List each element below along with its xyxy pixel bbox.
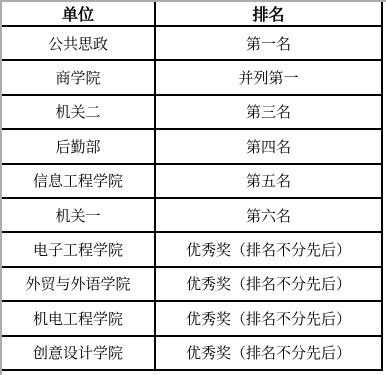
rank-cell: 第四名 (155, 129, 382, 163)
unit-cell: 创意设计学院 (2, 336, 155, 370)
document-page: 单位排名 公共思政第一名商学院并列第一机关二第三名后勤部第四名信息工程学院第五名… (0, 0, 386, 375)
header-row: 单位排名 (2, 2, 382, 26)
unit-cell: 机关二 (2, 95, 155, 129)
table-row: 信息工程学院第五名 (2, 164, 382, 198)
table-body: 公共思政第一名商学院并列第一机关二第三名后勤部第四名信息工程学院第五名机关一第六… (2, 26, 382, 370)
rank-cell: 优秀奖（排名不分先后） (155, 301, 382, 335)
rank-cell: 优秀奖（排名不分先后） (155, 232, 382, 266)
ranking-table: 单位排名 公共思政第一名商学院并列第一机关二第三名后勤部第四名信息工程学院第五名… (2, 2, 383, 371)
ranking-table-container: 单位排名 公共思政第一名商学院并列第一机关二第三名后勤部第四名信息工程学院第五名… (2, 2, 382, 371)
unit-cell: 机电工程学院 (2, 301, 155, 335)
unit-cell: 信息工程学院 (2, 164, 155, 198)
rank-cell: 第一名 (155, 26, 382, 60)
rank-cell: 第三名 (155, 95, 382, 129)
table-row: 商学院并列第一 (2, 60, 382, 94)
table-row: 外贸与外语学院优秀奖（排名不分先后） (2, 267, 382, 301)
unit-cell: 电子工程学院 (2, 232, 155, 266)
unit-header-cell: 单位 (2, 2, 155, 26)
unit-cell: 商学院 (2, 60, 155, 94)
table-row: 机关一第六名 (2, 198, 382, 232)
table-row: 电子工程学院优秀奖（排名不分先后） (2, 232, 382, 266)
unit-cell: 外贸与外语学院 (2, 267, 155, 301)
rank-cell: 并列第一 (155, 60, 382, 94)
table-row: 机电工程学院优秀奖（排名不分先后） (2, 301, 382, 335)
table-row: 创意设计学院优秀奖（排名不分先后） (2, 336, 382, 370)
table-row: 机关二第三名 (2, 95, 382, 129)
unit-cell: 公共思政 (2, 26, 155, 60)
table-row: 公共思政第一名 (2, 26, 382, 60)
unit-cell: 后勤部 (2, 129, 155, 163)
rank-cell: 优秀奖（排名不分先后） (155, 336, 382, 370)
rank-cell: 优秀奖（排名不分先后） (155, 267, 382, 301)
table-row: 后勤部第四名 (2, 129, 382, 163)
rank-header-cell: 排名 (155, 2, 382, 26)
rank-cell: 第六名 (155, 198, 382, 232)
unit-cell: 机关一 (2, 198, 155, 232)
rank-cell: 第五名 (155, 164, 382, 198)
